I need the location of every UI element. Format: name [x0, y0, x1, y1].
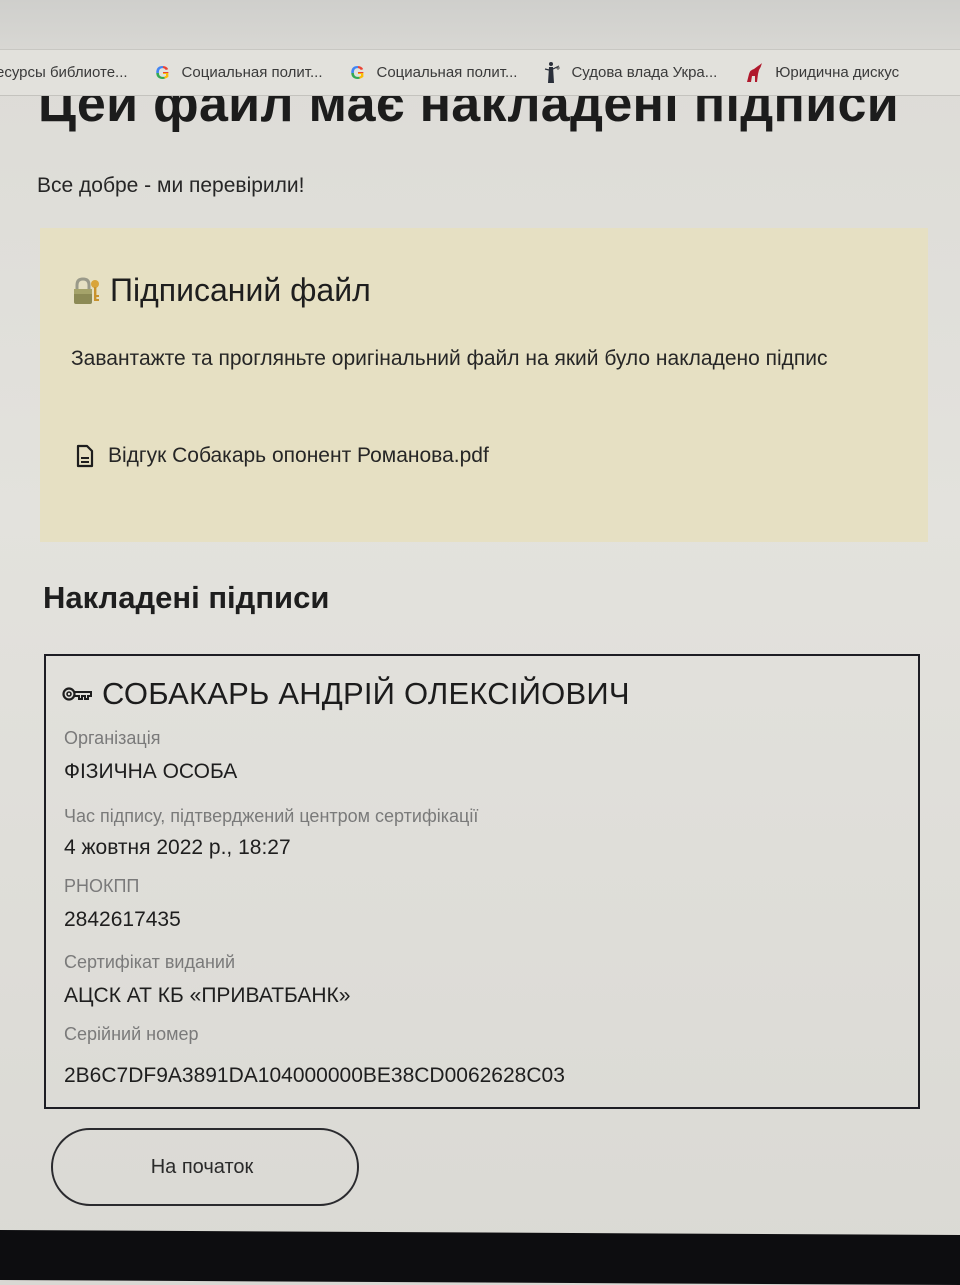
certificate-issuer-label: Сертифікат виданий [64, 952, 235, 973]
signing-time-label: Час підпису, підтверджений центром серти… [64, 806, 478, 827]
signed-file-card: Підписаний файл Завантажте та прогляньте… [40, 228, 928, 542]
bookmark-resources-library[interactable]: есурсы библиоте... [0, 64, 128, 81]
signature-card: СОБАКАРЬ АНДРІЙ ОЛЕКСІЙОВИЧ Організація … [44, 654, 920, 1109]
bookmark-social-policy-1[interactable]: G Социальная полит... [154, 64, 323, 82]
bookmarks-bar: есурсы библиоте... G Социальная полит...… [0, 50, 960, 96]
signed-file-description: Завантажте та прогляньте оригінальний фа… [71, 340, 831, 378]
document-icon [76, 444, 94, 468]
serial-number-value: 2B6C7DF9A3891DA104000000BE38CD0062628C03 [64, 1064, 565, 1088]
elephant-icon [743, 62, 765, 84]
signer-name-row: СОБАКАРЬ АНДРІЙ ОЛЕКСІЙОВИЧ [62, 676, 630, 712]
tax-id-value: 2842617435 [64, 908, 181, 932]
key-icon [62, 686, 92, 702]
organization-value: ФІЗИЧНА ОСОБА [64, 760, 237, 784]
signer-name: СОБАКАРЬ АНДРІЙ ОЛЕКСІЙОВИЧ [102, 676, 630, 712]
bookmark-legal-discussion[interactable]: Юридична дискус [743, 62, 899, 84]
bookmark-label: есурсы библиоте... [0, 64, 128, 81]
organization-label: Організація [64, 728, 160, 749]
bookmark-court-ukraine[interactable]: Судова влада Укра... [543, 61, 717, 85]
signed-file-download-link[interactable]: Відгук Собакарь опонент Романова.pdf [76, 444, 489, 468]
bookmark-label: Юридична дискус [775, 64, 899, 81]
bookmark-label: Социальная полит... [377, 64, 518, 81]
verification-status: Все добре - ми перевірили! [37, 174, 304, 198]
lock-with-key-icon [70, 275, 102, 307]
bookmark-label: Социальная полит... [182, 64, 323, 81]
signing-time-value: 4 жовтня 2022 р., 18:27 [64, 836, 291, 860]
google-icon: G [349, 64, 367, 82]
justice-statue-icon [543, 61, 561, 85]
bookmark-social-policy-2[interactable]: G Социальная полит... [349, 64, 518, 82]
bookmark-label: Судова влада Укра... [571, 64, 717, 81]
signatures-section-title: Накладені підписи [43, 580, 329, 616]
google-icon: G [154, 64, 172, 82]
file-name: Відгук Собакарь опонент Романова.pdf [108, 444, 489, 468]
certificate-issuer-value: АЦСК АТ КБ «ПРИВАТБАНК» [64, 984, 350, 1008]
home-button[interactable]: На початок [51, 1128, 359, 1206]
tax-id-label: РНОКПП [64, 876, 139, 897]
browser-toolbar [0, 0, 960, 50]
signed-file-heading: Підписаний файл [70, 272, 371, 309]
signed-file-title: Підписаний файл [110, 272, 371, 309]
serial-number-label: Серійний номер [64, 1024, 198, 1045]
monitor-bezel [0, 1230, 960, 1280]
screen: есурсы библиоте... G Социальная полит...… [0, 0, 960, 1280]
